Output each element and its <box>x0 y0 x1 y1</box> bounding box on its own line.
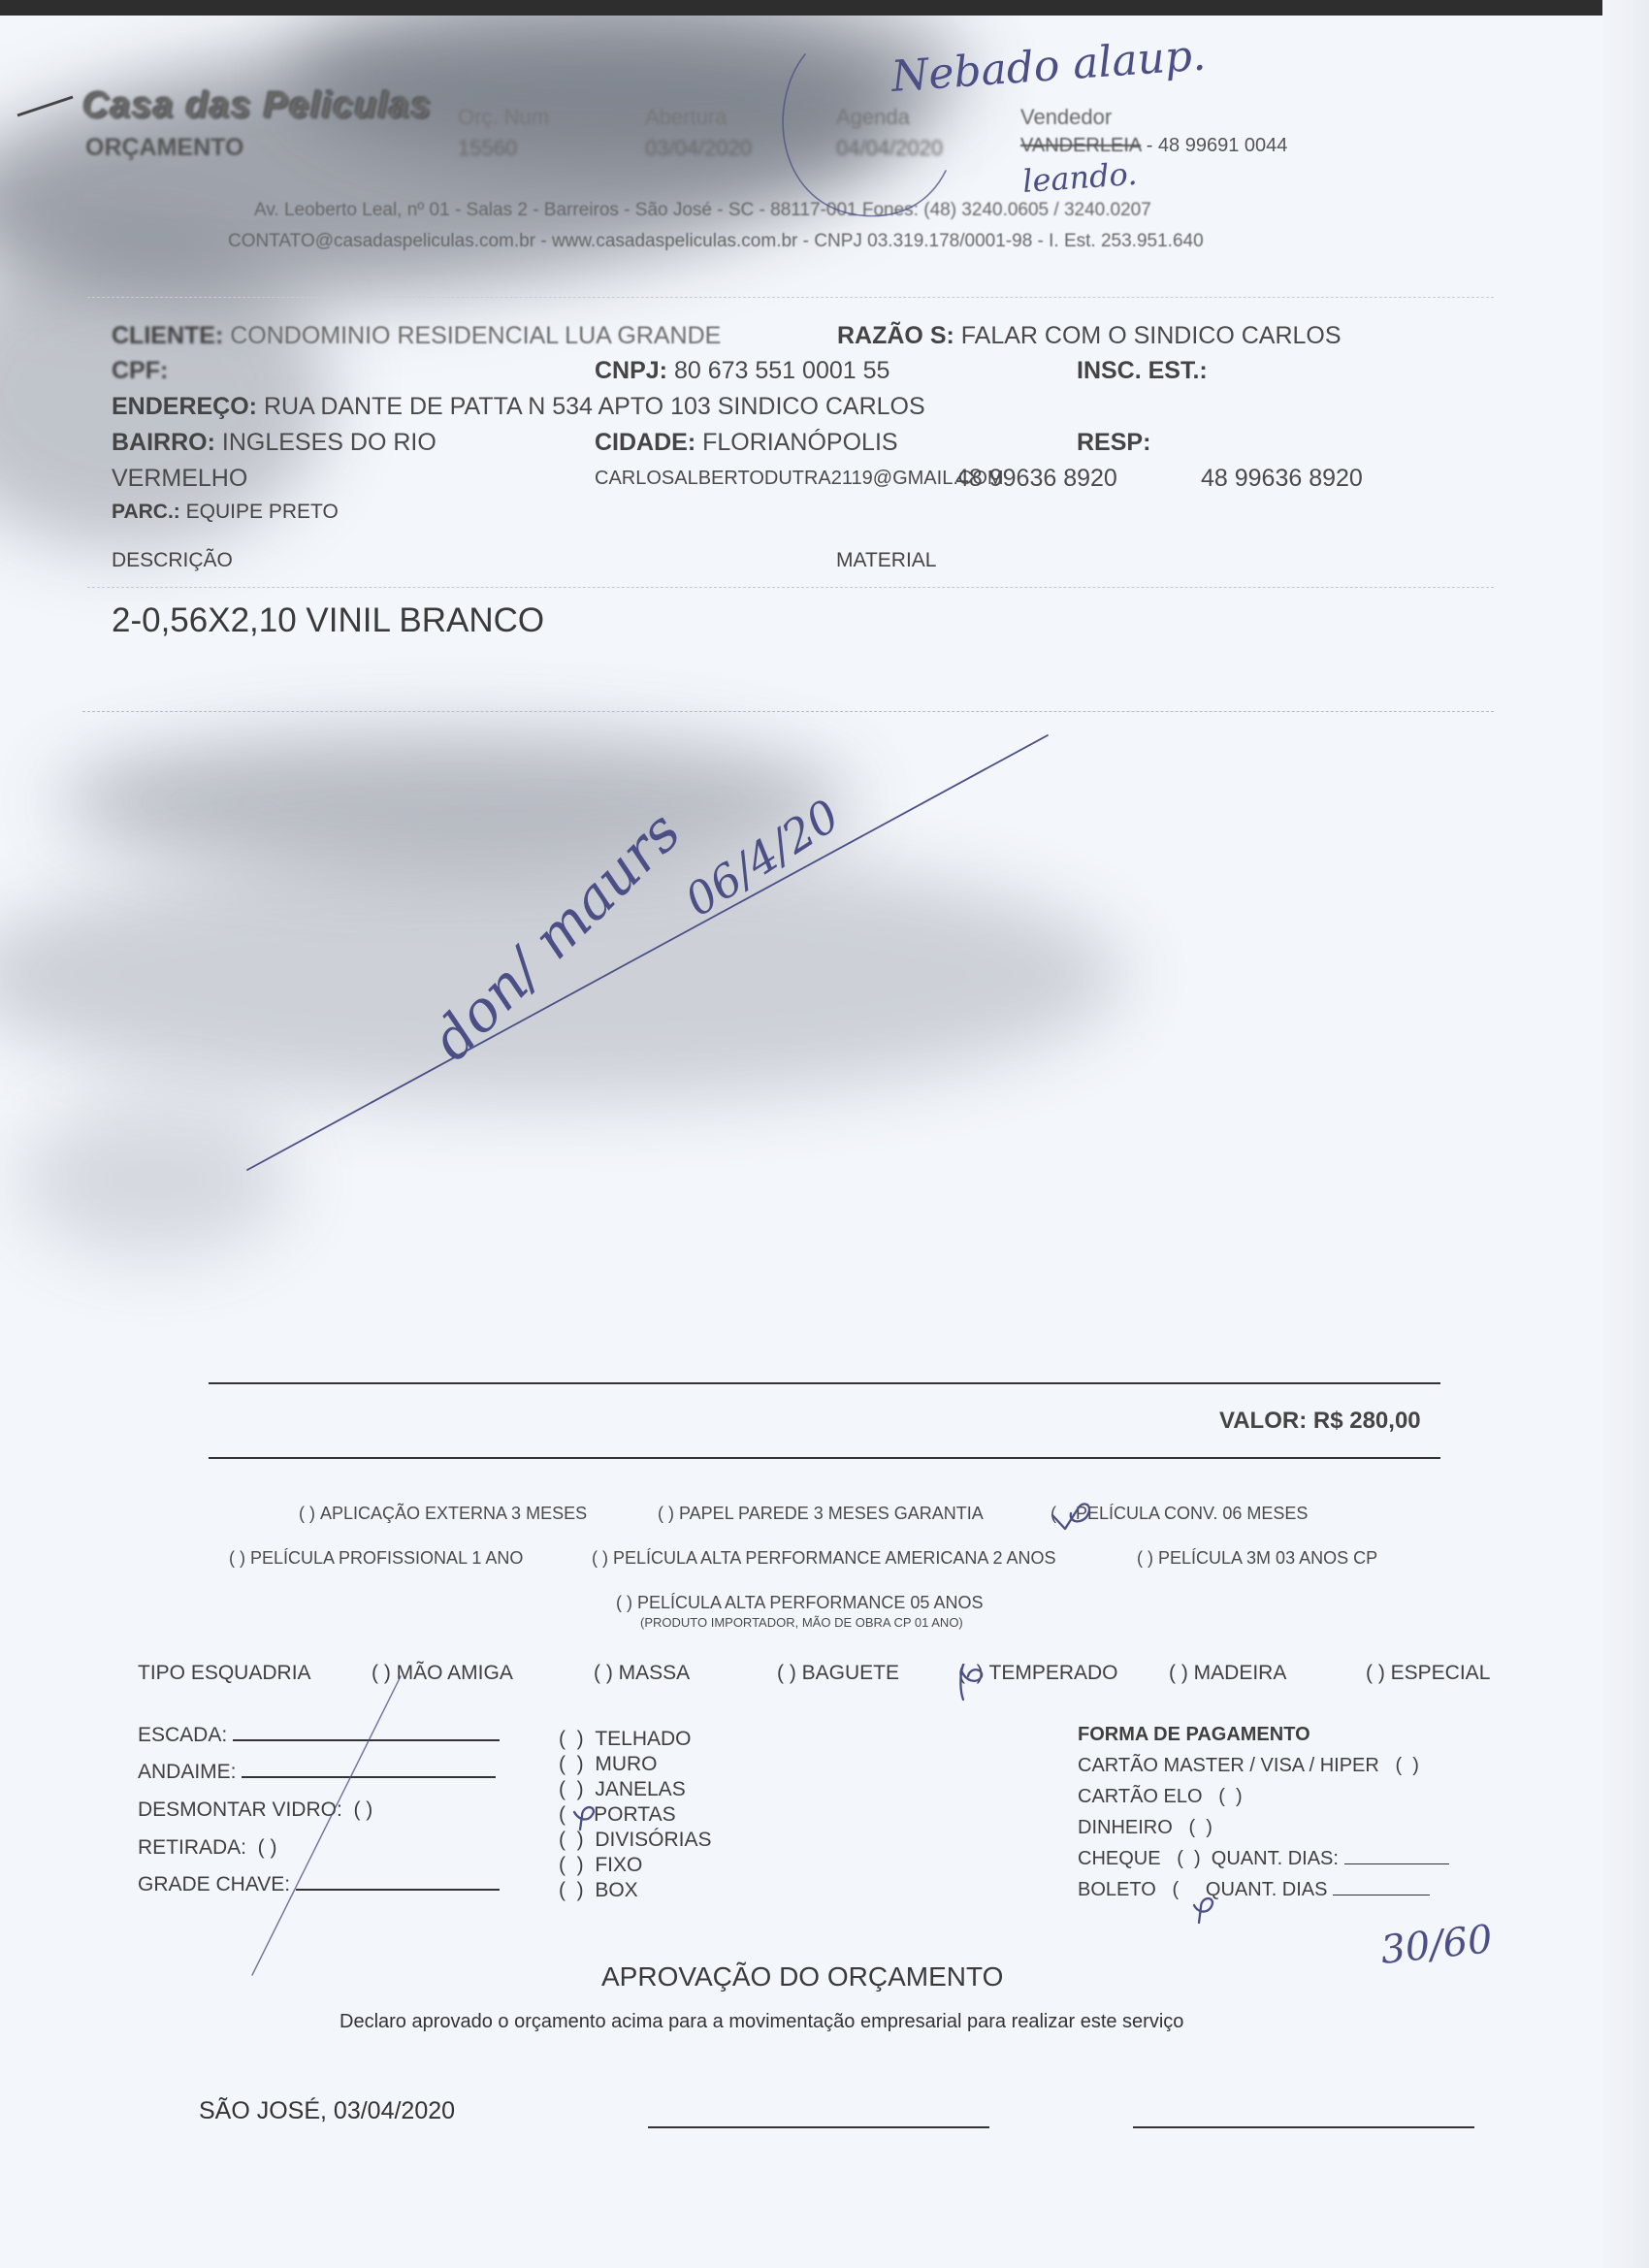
handwritten-note-top: Nebado alaup. <box>889 30 1207 102</box>
scanner-right-edge <box>1602 0 1649 2268</box>
handwritten-payment-days: 30/60 <box>1378 1917 1494 1973</box>
pen-mark <box>17 97 73 115</box>
quote-document: Casa das Peliculas ORÇAMENTO Orç. Num 15… <box>0 16 1605 2268</box>
checkmark-pelicula-conv <box>1052 1504 1089 1529</box>
handwritten-diagonal-note: don/ maurs <box>419 798 694 1073</box>
scanner-top-edge <box>0 0 1649 16</box>
handwriting-overlay: Nebado alaup. leando. don/ maurs 06/4/20… <box>0 16 1605 2268</box>
extras-strike-line <box>252 1676 401 1975</box>
checkmark-temperado <box>960 1665 982 1700</box>
checkmark-portas <box>574 1807 594 1830</box>
checkmark-boleto <box>1194 1898 1212 1923</box>
handwritten-note-vendedor: leando. <box>1021 155 1139 200</box>
